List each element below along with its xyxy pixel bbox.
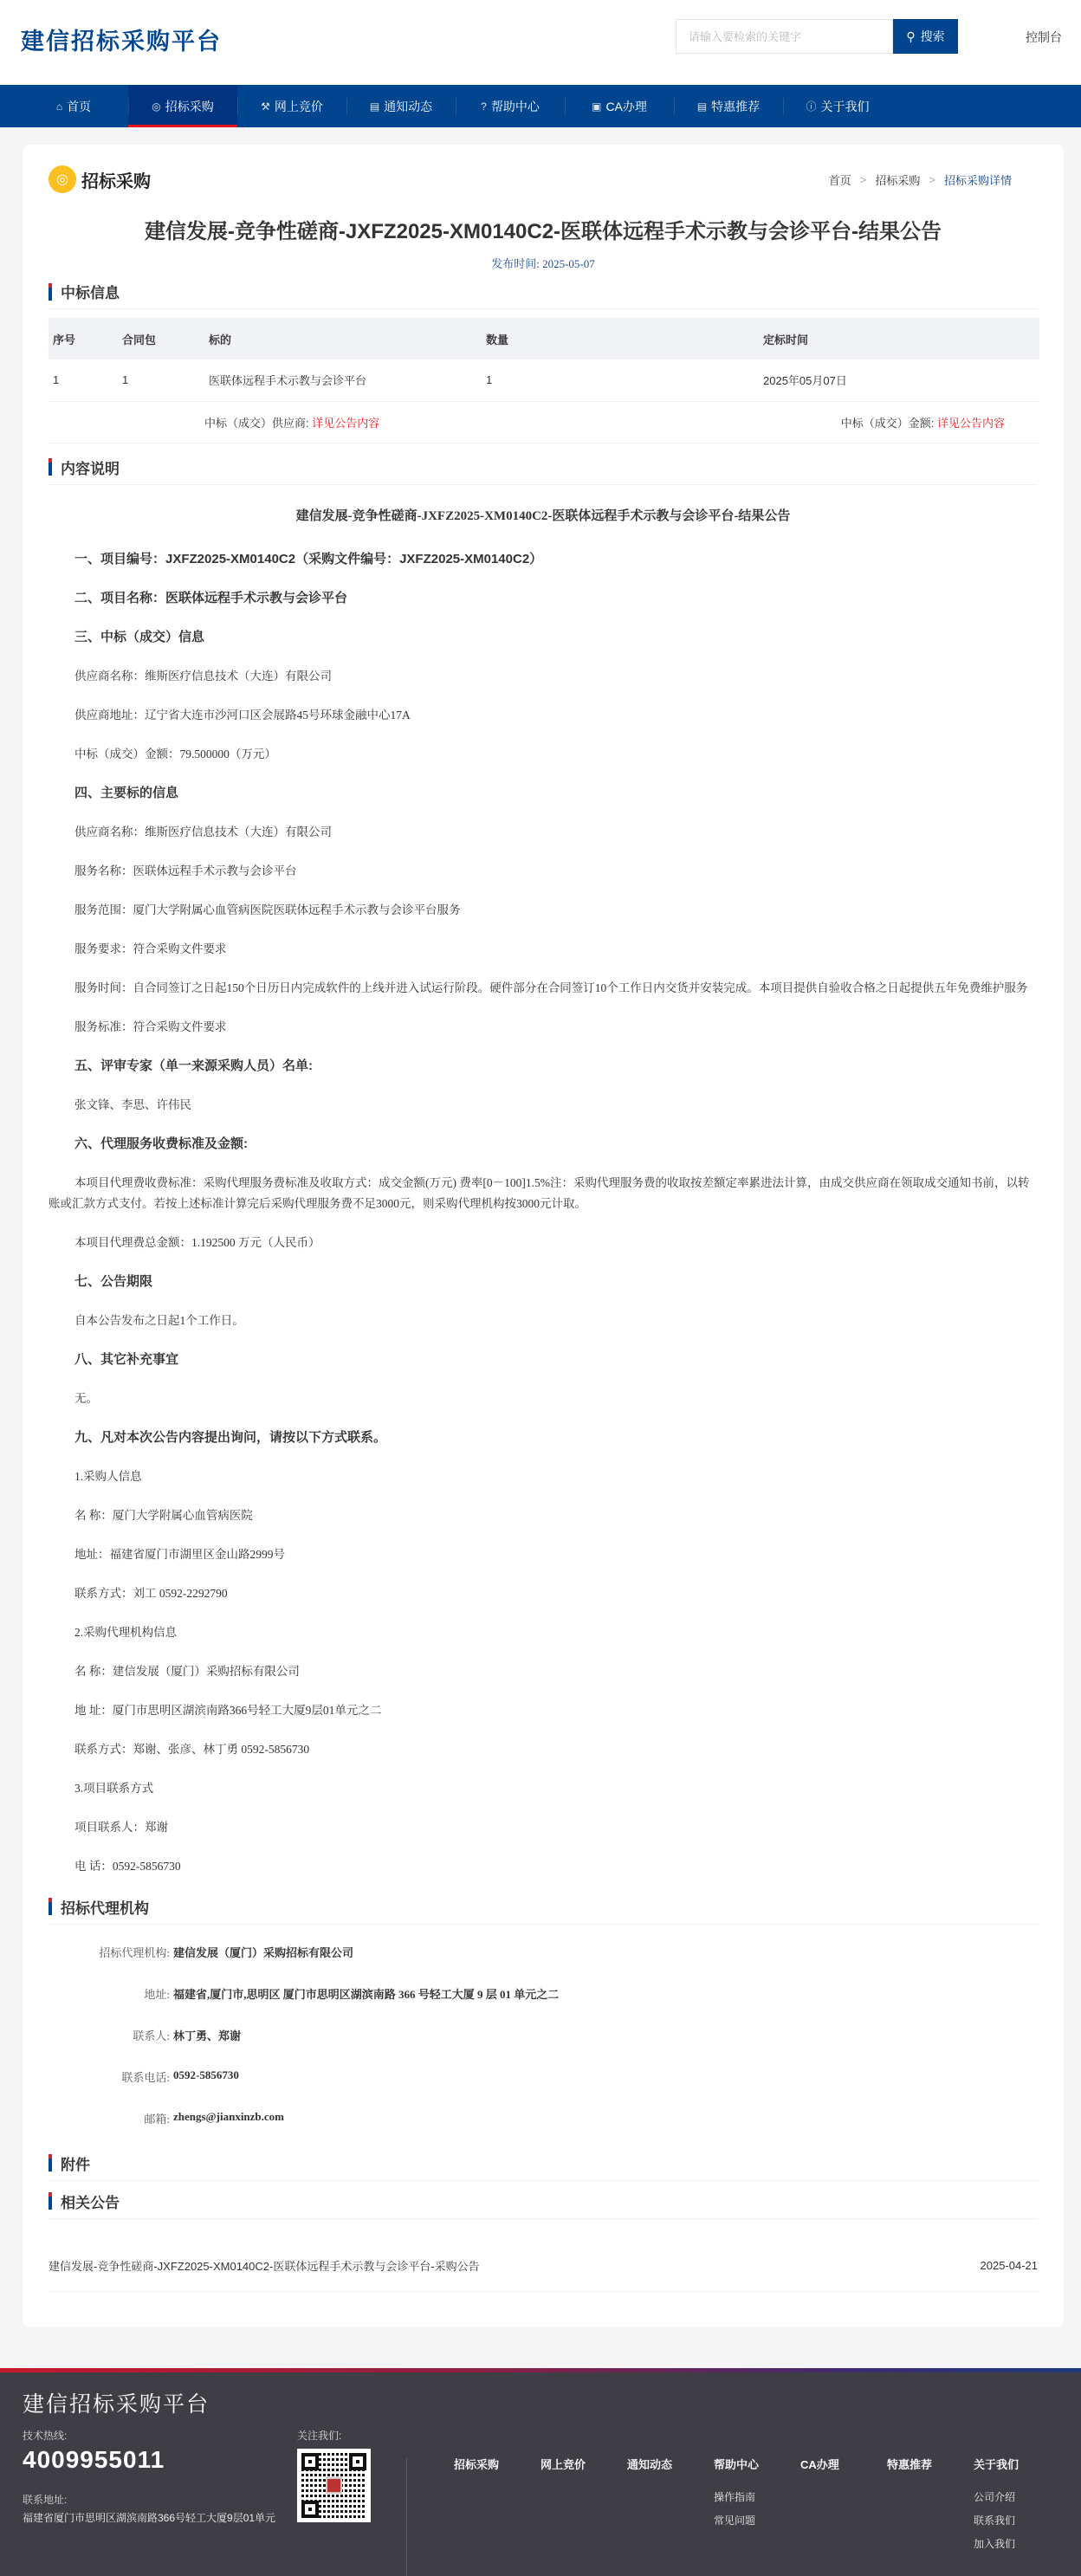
category-heading: ◎ 招标采购 xyxy=(49,165,151,193)
section-title: 中标信息 xyxy=(61,281,120,302)
gavel-icon: ⚒ xyxy=(261,100,270,113)
agency-row: 联系人:林丁勇、郑谢 xyxy=(49,2018,1038,2060)
publish-time: 发布时间: 2025-05-07 xyxy=(49,255,1038,271)
content-paragraph: 九、凡对本次公告内容提出询问，请按以下方式联系。 xyxy=(49,1427,1038,1448)
footer-col-title[interactable]: 通知动态 xyxy=(627,2456,714,2472)
content-paragraph: 2.采购代理机构信息 xyxy=(49,1622,1038,1643)
cell: 医联体远程手术示教与会诊平台 xyxy=(204,359,482,401)
search-button-label: 搜索 xyxy=(921,28,945,45)
content-paragraph: 服务要求：符合采购文件要求 xyxy=(49,939,1038,960)
content-paragraph: 六、代理服务收费标准及金额: xyxy=(49,1134,1038,1155)
breadcrumb-procurement[interactable]: 招标采购 xyxy=(875,172,920,188)
section-bar xyxy=(49,2154,52,2171)
nav-item-help[interactable]: ?帮助中心 xyxy=(456,85,565,127)
agency-label: 联系人: xyxy=(49,2027,170,2043)
breadcrumb-current: 招标采购详情 xyxy=(944,172,1012,188)
doc-title: 建信发展-竞争性磋商-JXFZ2025-XM0140C2-医联体远程手术示教与会… xyxy=(49,506,1038,527)
footer-link[interactable]: 公司介绍 xyxy=(974,2489,1060,2504)
agency-label: 邮箱: xyxy=(49,2110,170,2126)
publish-date: 2025-05-07 xyxy=(542,257,595,270)
content-paragraph: 中标（成交）金额：79.500000（万元） xyxy=(49,744,1038,765)
hotline-label: 技术热线: xyxy=(23,2428,67,2443)
site-footer: 建信招标采购平台 技术热线: 4009955011 联系地址: 福建省厦门市思明… xyxy=(0,2368,1081,2576)
nav-item-bidding[interactable]: ⚒网上竞价 xyxy=(237,85,346,127)
agency-label: 地址: xyxy=(49,1985,170,2002)
agency-label: 联系电话: xyxy=(49,2068,170,2085)
related-link[interactable]: 建信发展-竞争性磋商-JXFZ2025-XM0140C2-医联体远程手术示教与会… xyxy=(49,2257,480,2274)
content-paragraph: 名 称：厦门大学附属心血管病医院 xyxy=(49,1505,1038,1526)
nav-label: 关于我们 xyxy=(821,98,870,115)
footer-link[interactable]: 常见问题 xyxy=(714,2513,800,2527)
section-bar xyxy=(49,1898,52,1915)
col-header: 定标时间 xyxy=(759,318,1039,359)
detail-card: ◎ 招标采购 首页 > 招标采购 > 招标采购详情 建信发展-竞争性磋商-JXF… xyxy=(23,145,1064,2327)
nav-label: 帮助中心 xyxy=(491,98,540,115)
page-title: 建信发展-竞争性磋商-JXFZ2025-XM0140C2-医联体远程手术示教与会… xyxy=(49,214,1038,244)
content-paragraph: 项目联系人：郑谢 xyxy=(49,1817,1038,1838)
footer-col-title[interactable]: 网上竞价 xyxy=(540,2456,627,2472)
footer-logo: 建信招标采购平台 xyxy=(23,2387,210,2418)
breadcrumb: 首页 > 招标采购 > 招标采购详情 xyxy=(829,172,1012,188)
nav-item-notices[interactable]: ▤通知动态 xyxy=(346,85,456,127)
section-heading-agency: 招标代理机构 xyxy=(49,1895,1038,1925)
content-paragraph: 四、主要标的信息 xyxy=(49,783,1038,804)
chevron-right-icon: > xyxy=(860,173,867,186)
nav-item-procurement[interactable]: ◎招标采购 xyxy=(128,85,237,127)
content-paragraph: 二、项目名称：医联体远程手术示教与会诊平台 xyxy=(49,588,1038,609)
section-bar xyxy=(49,2192,52,2210)
nav-label: 通知动态 xyxy=(384,98,432,115)
section-title: 内容说明 xyxy=(61,456,120,478)
cell: 1 xyxy=(118,359,204,401)
nav-label: 首页 xyxy=(67,98,91,115)
content-paragraph: 3.项目联系方式 xyxy=(49,1778,1038,1799)
follow-label: 关注我们: xyxy=(297,2428,341,2443)
col-header: 数量 xyxy=(482,318,759,359)
agency-value[interactable]: zhengs@jianxinzb.com xyxy=(170,2110,284,2124)
cell: 1 xyxy=(49,359,118,401)
content-paragraph: 服务范围：厦门大学附属心血管病医院医联体远程手术示教与会诊平台服务 xyxy=(49,900,1038,921)
section-heading-content: 内容说明 xyxy=(49,456,1038,485)
footer-link[interactable]: 加入我们 xyxy=(974,2536,1060,2551)
supplier-label: 中标（成交）供应商: xyxy=(204,417,309,430)
section-bar xyxy=(49,458,52,476)
content-paragraph: 七、公告期限 xyxy=(49,1272,1038,1292)
agency-label: 招标代理机构: xyxy=(49,1944,170,1960)
publish-label: 发布时间: xyxy=(491,257,540,270)
content-paragraph: 服务名称：医联体远程手术示教与会诊平台 xyxy=(49,861,1038,882)
address-label: 联系地址: xyxy=(23,2492,67,2507)
content-paragraph: 五、评审专家（单一来源采购人员）名单: xyxy=(49,1056,1038,1077)
clipboard-icon: ▤ xyxy=(370,100,379,113)
content-paragraph: 电 话：0592-5856730 xyxy=(49,1856,1038,1877)
agency-value: 林丁勇、郑谢 xyxy=(170,2027,241,2043)
content-paragraph: 供应商名称：维斯医疗信息技术（大连）有限公司 xyxy=(49,822,1038,843)
agency-value: 0592-5856730 xyxy=(170,2068,239,2082)
footer-links: 招标采购 网上竞价 通知动态 帮助中心 操作指南 常见问题 CA办理 特惠推荐 … xyxy=(454,2456,1060,2560)
help-icon: ? xyxy=(481,100,487,113)
agency-row: 联系电话:0592-5856730 xyxy=(49,2060,1038,2101)
table-row: 1 1 医联体远程手术示教与会诊平台 1 2025年05月07日 xyxy=(49,359,1039,401)
section-title: 招标代理机构 xyxy=(61,1896,149,1918)
section-title: 附件 xyxy=(61,2152,90,2174)
footer-link[interactable]: 操作指南 xyxy=(714,2489,800,2504)
supplier-value: 详见公告内容 xyxy=(312,417,379,430)
chevron-right-icon: > xyxy=(929,173,935,186)
agency-value: 福建省,厦门市,思明区 厦门市思明区湖滨南路 366 号轻工大厦 9 层 01 … xyxy=(170,1985,559,2002)
amount-value: 详见公告内容 xyxy=(937,417,1005,430)
cell: 1 xyxy=(482,359,759,401)
content-paragraph: 服务时间：自合同签订之日起150个日历日内完成软件的上线并进入试运行阶段。硬件部… xyxy=(49,978,1038,999)
content-paragraph: 联系方式：郑谢、张彦、林丁勇 0592-5856730 xyxy=(49,1739,1038,1760)
section-bar xyxy=(49,283,52,301)
nav-item-ca[interactable]: ▣CA办理 xyxy=(565,85,674,127)
target-icon: ◎ xyxy=(152,100,160,113)
search-button[interactable]: ⚲ 搜索 xyxy=(893,19,958,54)
hotline-number: 4009955011 xyxy=(23,2446,165,2474)
content-paragraph: 一、项目编号：JXFZ2025-XM0140C2（采购文件编号：JXFZ2025… xyxy=(49,549,1038,570)
footer-divider xyxy=(406,2458,407,2576)
id-card-icon: ▣ xyxy=(592,100,601,113)
clipboard-icon: ▤ xyxy=(697,100,707,113)
col-header: 标的 xyxy=(204,318,482,359)
home-icon: ⌂ xyxy=(56,100,62,113)
content-paragraph: 三、中标（成交）信息 xyxy=(49,627,1038,648)
nav-label: CA办理 xyxy=(605,98,646,115)
award-summary-row: 中标（成交）供应商: 详见公告内容 中标（成交）金额: 详见公告内容 xyxy=(49,401,1039,443)
footer-col-title[interactable]: 帮助中心 xyxy=(714,2456,800,2472)
search-bar: ⚲ 搜索 xyxy=(676,19,958,54)
qr-code-icon xyxy=(297,2449,371,2522)
section-heading-related: 相关公告 xyxy=(49,2190,1038,2219)
col-header: 合同包 xyxy=(118,318,204,359)
content-paragraph: 地址：福建省厦门市湖里区金山路2999号 xyxy=(49,1544,1038,1565)
nav-item-about[interactable]: ⓘ关于我们 xyxy=(783,85,892,127)
console-link[interactable]: 控制台 xyxy=(1026,29,1062,46)
target-icon: ◎ xyxy=(49,165,76,193)
site-logo[interactable]: 建信招标采购平台 xyxy=(21,23,222,56)
content-paragraph: 地 址：厦门市思明区湖滨南路366号轻工大厦9层01单元之二 xyxy=(49,1700,1038,1721)
nav-item-home[interactable]: ⌂首页 xyxy=(19,85,128,127)
footer-link[interactable]: 联系我们 xyxy=(974,2513,1060,2527)
footer-col-title[interactable]: CA办理 xyxy=(800,2456,887,2472)
main-nav: ⌂首页 ◎招标采购 ⚒网上竞价 ▤通知动态 ?帮助中心 ▣CA办理 ▤特惠推荐 … xyxy=(0,85,1081,127)
award-table: 序号 合同包 标的 数量 定标时间 1 1 医联体远程手术示教与会诊平台 1 2… xyxy=(49,318,1039,443)
content-paragraph: 联系方式：刘工 0592-2292790 xyxy=(49,1583,1038,1604)
related-date: 2025-04-21 xyxy=(981,2259,1039,2272)
section-title: 相关公告 xyxy=(61,2191,120,2212)
footer-col-title[interactable]: 特惠推荐 xyxy=(887,2456,974,2472)
agency-row: 地址:福建省,厦门市,思明区 厦门市思明区湖滨南路 366 号轻工大厦 9 层 … xyxy=(49,1977,1038,2018)
breadcrumb-home[interactable]: 首页 xyxy=(829,172,851,188)
content-paragraph: 本项目代理费收费标准：采购代理服务费标准及收取方式：成交金额(万元) 费率[0－… xyxy=(49,1173,1038,1214)
col-header: 序号 xyxy=(49,318,118,359)
content-paragraph: 1.采购人信息 xyxy=(49,1466,1038,1487)
footer-accent-line xyxy=(0,2368,1081,2372)
footer-col-title[interactable]: 关于我们 xyxy=(974,2456,1060,2472)
content-paragraph: 供应商名称：维斯医疗信息技术（大连）有限公司 xyxy=(49,666,1038,687)
nav-item-deals[interactable]: ▤特惠推荐 xyxy=(674,85,783,127)
related-item[interactable]: 建信发展-竞争性磋商-JXFZ2025-XM0140C2-医联体远程手术示教与会… xyxy=(49,2240,1038,2292)
agency-row: 邮箱:zhengs@jianxinzb.com xyxy=(49,2101,1038,2143)
info-icon: ⓘ xyxy=(806,99,816,113)
content-paragraph: 八、其它补充事宜 xyxy=(49,1349,1038,1370)
content-paragraph: 供应商地址：辽宁省大连市沙河口区会展路45号环球金融中心17A xyxy=(49,705,1038,726)
section-heading-attachments: 附件 xyxy=(49,2152,1038,2181)
footer-address: 福建省厦门市思明区湖滨南路366号轻工大厦9层01单元 xyxy=(23,2508,291,2527)
amount-label: 中标（成交）金额: xyxy=(841,417,935,430)
nav-label: 特惠推荐 xyxy=(711,98,760,115)
footer-col-title[interactable]: 招标采购 xyxy=(454,2456,540,2472)
search-input[interactable] xyxy=(676,19,893,54)
content-paragraph: 张文锋、李思、许伟民 xyxy=(49,1095,1038,1116)
search-icon: ⚲ xyxy=(906,29,915,44)
content-paragraph: 名 称：建信发展（厦门）采购招标有限公司 xyxy=(49,1661,1038,1682)
content-paragraph: 本项目代理费总金额：1.192500 万元（人民币） xyxy=(49,1233,1038,1253)
agency-info: 招标代理机构:建信发展（厦门）采购招标有限公司 地址:福建省,厦门市,思明区 厦… xyxy=(49,1925,1038,2143)
category-label: 招标采购 xyxy=(81,167,151,192)
announcement-body: 建信发展-竞争性磋商-JXFZ2025-XM0140C2-医联体远程手术示教与会… xyxy=(49,485,1038,1877)
agency-row: 招标代理机构:建信发展（厦门）采购招标有限公司 xyxy=(49,1935,1038,1977)
site-header: 建信招标采购平台 ⚲ 搜索 控制台 xyxy=(0,0,1081,85)
content-paragraph: 服务标准：符合采购文件要求 xyxy=(49,1017,1038,1038)
agency-value: 建信发展（厦门）采购招标有限公司 xyxy=(170,1944,353,1960)
cell: 2025年05月07日 xyxy=(759,359,1039,401)
nav-label: 招标采购 xyxy=(165,98,214,115)
section-heading-award: 中标信息 xyxy=(49,280,1038,309)
nav-label: 网上竞价 xyxy=(275,98,323,115)
content-paragraph: 自本公告发布之日起1个工作日。 xyxy=(49,1311,1038,1331)
content-paragraph: 无。 xyxy=(49,1388,1038,1409)
